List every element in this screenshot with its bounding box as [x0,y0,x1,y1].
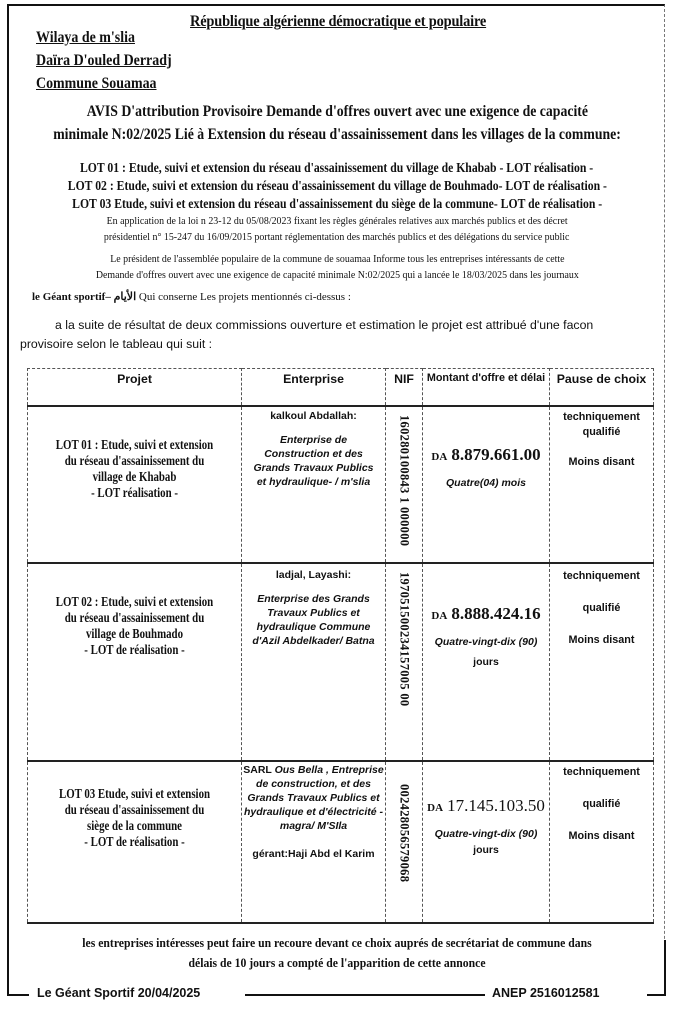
wilaya-label: Wilaya de m'slia [36,29,135,47]
projet-line: LOT 03 Etude, suivi et extension [48,786,221,802]
enterprise-desc: Enterprise des Grands [242,592,385,606]
nif-value: 197051500234157005 00 [397,572,412,706]
republic-header: République algérienne démocratique et po… [190,13,486,31]
publication-footer: Le Géant Sportif 20/04/2025 ANEP 2516012… [7,988,666,1002]
table-row: LOT 03 Etude, suivi et extension du rése… [28,761,654,923]
delay-line: jours [423,654,549,670]
pause-line: Moins disant [550,810,653,842]
pause-cell: techniquement qualifié Moins disant [550,563,654,761]
projet-line: du réseau d'assainissement du [48,802,221,818]
journal-name: le Géant sportif [32,291,105,303]
enterprise-heading: SARL Ous Bella , Entreprise [242,762,385,777]
enterprise-desc: Grands Travaux Publics et [242,791,385,805]
notice-title-line-2: minimale N:02/2025 Lié à Extension du ré… [0,126,674,144]
anep-reference: ANEP 2516012581 [492,986,600,1000]
pause-line: qualifié [550,582,653,614]
legal-reference-2: présidentiel n° 15-247 du 16/09/2015 por… [0,231,674,243]
intro-line-1: Le président de l'assemblée populaire de… [0,253,674,265]
enterprise-desc: magra/ M'SIla [242,819,385,833]
pause-line: techniquement [550,407,653,423]
montant-cell: DA8.888.424.16 Quatre-vingt-dix (90) jou… [423,563,550,761]
projet-cell: LOT 01 : Etude, suivi et extension du ré… [28,406,242,563]
header-nif: NIF [386,369,423,407]
header-montant: Montant d'offre et délai [423,369,550,407]
montant-cell: DA17.145.103.50 Quatre-vingt-dix (90) jo… [423,761,550,923]
footer-rule [245,994,485,996]
header-projet: Projet [28,369,242,407]
amount-value: 8.879.661.00 [451,445,540,464]
journal-name-arabic: – الأيام [105,291,136,303]
enterprise-desc: Construction et des [242,447,385,461]
commune-label: Commune Souamaa [36,75,157,93]
delay-line: Quatre(04) mois [423,475,549,491]
enterprise-name: SARL [243,764,271,776]
appeal-note-line-2: délais de 10 jours a compté de l'apparit… [0,953,674,973]
delay-text: Quatre(04) mois [423,475,549,491]
offer-amount: DA17.145.103.50 [423,762,549,816]
projet-line: LOT 01 : Etude, suivi et extension [48,437,221,453]
pause-line: Moins disant [550,438,653,468]
footer-rule [647,994,666,996]
daira-label: Daïra D'ouled Derradj [36,52,172,70]
enterprise-desc: hydraulique et d'électricité - [242,805,385,819]
projet-cell: LOT 03 Etude, suivi et extension du rése… [28,761,242,923]
currency-label: DA [431,451,447,463]
enterprise-desc: de construction, et des [242,777,385,791]
lot-summary-2: LOT 02 : Etude, suivi et extension du ré… [0,178,674,194]
intro-line-2: Demande d'offres ouvert avec une exigenc… [0,269,674,281]
enterprise-cell: ladjal, Layashi: Enterprise des Grands T… [242,563,386,761]
header-enterprise: Enterprise [242,369,386,407]
attribution-paragraph-1: a la suite de résultat de deux commissio… [55,318,593,332]
table-row: LOT 02 : Etude, suivi et extension du ré… [28,563,654,761]
projet-line: village de Bouhmado [48,626,221,642]
projet-line: du réseau d'assainissement du [48,453,221,469]
projet-line: village de Khabab [48,469,221,485]
enterprise-desc: Grands Travaux Publics [242,461,385,475]
nif-value: 002428056579068 [397,784,412,882]
appeal-note-line-1: les entreprises intéresses peut faire un… [0,933,674,953]
pause-line: qualifié [550,778,653,810]
publication-date: Le Géant Sportif 20/04/2025 [37,986,200,1000]
delay-line: jours [423,842,549,858]
nif-cell: 160280100843 1 000000 [386,406,423,563]
pause-line: qualifié [550,423,653,438]
intro-line-3: le Géant sportif– الأيام Qui conserne Le… [32,290,351,303]
enterprise-desc: d'Azil Abdelkader/ Batna [242,634,385,648]
enterprise-desc: hydraulique Commune [242,620,385,634]
nif-cell: 197051500234157005 00 [386,563,423,761]
enterprise-name: ladjal, Layashi: [242,564,385,582]
delay-line: Quatre-vingt-dix (90) [423,634,549,650]
delay-line: Quatre-vingt-dix (90) [423,826,549,842]
enterprise-desc: Enterprise de [242,433,385,447]
table-header-row: Projet Enterprise NIF Montant d'offre et… [28,369,654,407]
attribution-table: Projet Enterprise NIF Montant d'offre et… [27,368,654,924]
enterprise-cell: SARL Ous Bella , Entreprise de construct… [242,761,386,923]
nif-cell: 002428056579068 [386,761,423,923]
projet-line: LOT 02 : Etude, suivi et extension [48,594,221,610]
pause-line: Moins disant [550,614,653,646]
projet-line: - LOT de réalisation - [48,834,221,850]
pause-cell: techniquement qualifié Moins disant [550,406,654,563]
enterprise-manager: gérant:Haji Abd el Karim [242,847,385,861]
delay-text: Quatre-vingt-dix (90) jours [423,634,549,670]
enterprise-name: kalkoul Abdallah: [242,407,385,423]
delay-text: Quatre-vingt-dix (90) jours [423,826,549,858]
nif-value: 160280100843 1 000000 [397,415,412,546]
pause-cell: techniquement qualifié Moins disant [550,761,654,923]
montant-cell: DA8.879.661.00 Quatre(04) mois [423,406,550,563]
pause-line: techniquement [550,762,653,778]
currency-label: DA [427,802,443,814]
offer-amount: DA8.888.424.16 [423,564,549,624]
footer-rule [7,994,29,996]
projet-line: du réseau d'assainissement du [48,610,221,626]
offer-amount: DA8.879.661.00 [423,407,549,465]
enterprise-desc: et hydraulique- / m'slia [242,475,385,489]
notice-title-line-1: AVIS D'attribution Provisoire Demande d'… [0,103,674,121]
projet-line: - LOT réalisation - [48,485,221,501]
pause-line: techniquement [550,564,653,582]
enterprise-cell: kalkoul Abdallah: Enterprise de Construc… [242,406,386,563]
amount-value: 17.145.103.50 [447,796,545,815]
projet-line: - LOT de réalisation - [48,642,221,658]
attribution-paragraph-2: provisoire selon le tableau qui suit : [20,337,212,351]
header-pause: Pause de choix [550,369,654,407]
lot-summary-1: LOT 01 : Etude, suivi et extension du ré… [0,160,674,176]
amount-value: 8.888.424.16 [451,604,540,623]
legal-reference-1: En application de la loi n 23-12 du 05/0… [0,215,674,227]
intro-line-3-rest: Qui conserne Les projets mentionnés ci-d… [139,291,351,303]
enterprise-desc: Travaux Publics et [242,606,385,620]
lot-summary-3: LOT 03 Etude, suivi et extension du rése… [0,196,674,212]
projet-line: siège de la commune [48,818,221,834]
enterprise-desc: Ous Bella , Entreprise [275,764,384,776]
currency-label: DA [431,610,447,622]
table-row: LOT 01 : Etude, suivi et extension du ré… [28,406,654,563]
projet-cell: LOT 02 : Etude, suivi et extension du ré… [28,563,242,761]
